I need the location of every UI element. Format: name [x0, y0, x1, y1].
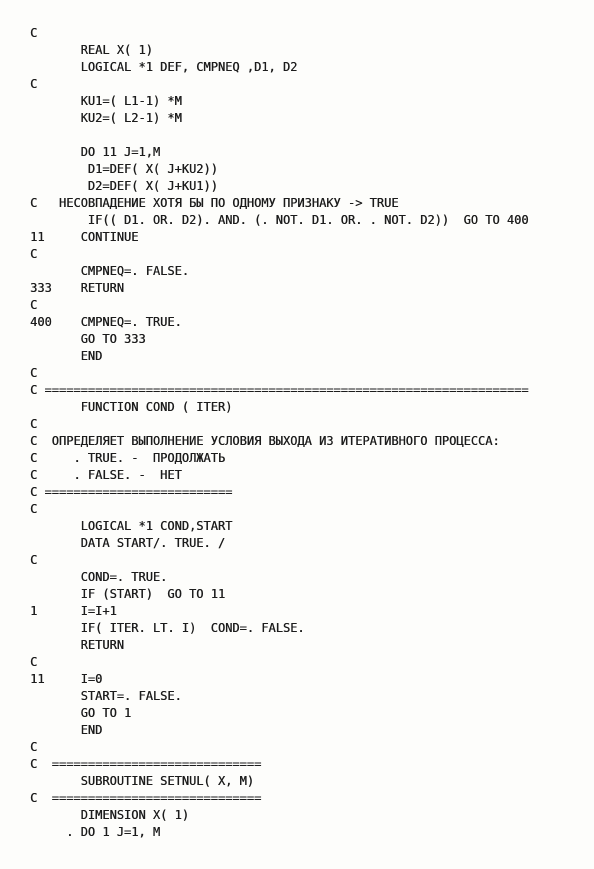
code-line: D1=DEF( X( J+KU2)) — [30, 161, 588, 178]
code-line: LOGICAL *1 COND,START — [30, 518, 588, 535]
code-line: C — [30, 416, 588, 433]
code-comment-line: C НЕСОВПАДЕНИЕ ХОТЯ БЫ ПО ОДНОМУ ПРИЗНАК… — [30, 195, 588, 212]
code-line: LOGICAL *1 DEF, CMPNEQ ,D1, D2 — [30, 59, 588, 76]
code-line: END — [30, 722, 588, 739]
code-line: GO TO 333 — [30, 331, 588, 348]
code-line: 400 CMPNEQ=. TRUE. — [30, 314, 588, 331]
separator-line: C ========================== — [30, 484, 588, 501]
code-line: CMPNEQ=. FALSE. — [30, 263, 588, 280]
separator-line: C ============================= — [30, 756, 588, 773]
code-line: START=. FALSE. — [30, 688, 588, 705]
code-line: C — [30, 25, 588, 42]
code-line: GO TO 1 — [30, 705, 588, 722]
code-line: FUNCTION COND ( ITER) — [30, 399, 588, 416]
code-line: DO 11 J=1,M — [30, 144, 588, 161]
code-line: C — [30, 739, 588, 756]
code-line: C — [30, 297, 588, 314]
code-line: 333 RETURN — [30, 280, 588, 297]
code-line: RETURN — [30, 637, 588, 654]
code-line: COND=. TRUE. — [30, 569, 588, 586]
code-line: DIMENSION X( 1) — [30, 807, 588, 824]
code-line: IF( ITER. LT. I) COND=. FALSE. — [30, 620, 588, 637]
code-line: KU2=( L2-1) *M — [30, 110, 588, 127]
separator-line: C ======================================… — [30, 382, 588, 399]
code-line-blank — [30, 127, 588, 144]
code-comment-line: C . TRUE. - ПРОДОЛЖАТЬ — [30, 450, 588, 467]
fortran-code-listing: C REAL X( 1) LOGICAL *1 DEF, CMPNEQ ,D1,… — [0, 0, 594, 841]
code-line: C — [30, 365, 588, 382]
code-line: . DO 1 J=1, M — [30, 824, 588, 841]
code-line: 1 I=I+1 — [30, 603, 588, 620]
code-line: C — [30, 246, 588, 263]
code-line: IF(( D1. OR. D2). AND. (. NOT. D1. OR. .… — [30, 212, 588, 229]
code-line: DATA START/. TRUE. / — [30, 535, 588, 552]
code-line: KU1=( L1-1) *M — [30, 93, 588, 110]
code-comment-line: C ОПРЕДЕЛЯЕТ ВЫПОЛНЕНИЕ УСЛОВИЯ ВЫХОДА И… — [30, 433, 588, 450]
code-line: IF (START) GO TO 11 — [30, 586, 588, 603]
code-line: C — [30, 76, 588, 93]
code-comment-line: C . FALSE. - НЕТ — [30, 467, 588, 484]
scanned-code-page: C REAL X( 1) LOGICAL *1 DEF, CMPNEQ ,D1,… — [0, 0, 594, 869]
code-line: 11 CONTINUE — [30, 229, 588, 246]
code-line: 11 I=0 — [30, 671, 588, 688]
code-line: C — [30, 654, 588, 671]
separator-line: C ============================= — [30, 790, 588, 807]
code-line: D2=DEF( X( J+KU1)) — [30, 178, 588, 195]
code-line: END — [30, 348, 588, 365]
code-line: C — [30, 552, 588, 569]
code-line: C — [30, 501, 588, 518]
code-line: SUBROUTINE SETNUL( X, M) — [30, 773, 588, 790]
code-line: REAL X( 1) — [30, 42, 588, 59]
